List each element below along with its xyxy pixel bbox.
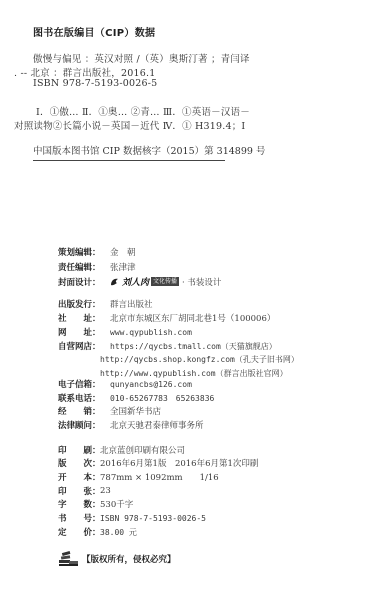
field-label: 印 张： [58, 485, 100, 497]
design-studio-logo: 刘人肉 文化传播 [110, 275, 179, 288]
field-label: 联系电话： [58, 392, 110, 404]
field-format: 开 本： 787mm × 1092mm 1/16 [58, 471, 219, 483]
field-value: 金 朝 [110, 246, 136, 258]
field-cover-design: 封面设计： 刘人肉 文化传播 · 书装设计 [58, 275, 221, 288]
cip-publisher-line: . -- 北京 ：群言出版社，2016.1 [14, 65, 155, 79]
cip-title-line: 傲慢与偏见 ：英汉对照 /（英）奥斯汀著 ；青闫译 [33, 51, 250, 65]
cip-divider [33, 160, 225, 161]
logo-text: 刘人肉 [122, 275, 149, 288]
cip-classification-line-1: Ⅰ．①傲… Ⅱ．①奥… ②青… Ⅲ．①英语－汉语－ [36, 104, 250, 118]
field-value: 张津津 [110, 261, 136, 273]
copyright-notice: 【版权所有，侵权必究】 [58, 551, 176, 567]
field-value: 010-65267783 65263836 [110, 393, 214, 404]
field-label: 社 址： [58, 312, 110, 324]
field-value: 群言出版社 [110, 298, 153, 310]
field-label: 网 址： [58, 326, 110, 338]
field-label: 版 次： [58, 457, 100, 469]
field-value: · 书装设计 [182, 276, 221, 288]
field-address: 社 址： 北京市东城区东厂胡同北巷1号（100006） [58, 312, 275, 324]
field-label: 经 销： [58, 405, 110, 417]
kongfz-shop-link[interactable]: http://qycbs.shop.kongfz.com（孔夫子旧书网） [100, 354, 299, 365]
field-value: ISBN 978-7-5193-0026-5 [100, 514, 206, 523]
website-link[interactable]: www.qypublish.com [110, 328, 192, 337]
field-publisher: 出版发行： 群言出版社 [58, 298, 153, 310]
field-value: 全国新华书店 [110, 405, 161, 417]
field-value: 北京蓝创印刷有限公司 [100, 444, 185, 456]
field-planning-editor: 策划编辑： 金 朝 [58, 246, 136, 258]
field-label: 电子信箱： [58, 378, 110, 390]
field-printer: 印 刷： 北京蓝创印刷有限公司 [58, 444, 185, 456]
field-value: 787mm × 1092mm 1/16 [100, 471, 219, 483]
cip-classification-line-2: 对照读物②长篇小说－英国－近代 Ⅳ．① H319.4；I [14, 118, 245, 132]
field-phone: 联系电话： 010-65267783 65263836 [58, 392, 214, 404]
logo-badge: 文化传播 [151, 277, 179, 286]
field-value: 北京市东城区东厂胡同北巷1号（100006） [110, 312, 275, 324]
field-label: 出版发行： [58, 298, 110, 310]
field-label: 书 号： [58, 512, 100, 524]
field-price: 定 价： 38.00 元 [58, 526, 137, 538]
field-label: 开 本： [58, 471, 100, 483]
field-sheets: 印 张： 23 [58, 485, 111, 497]
field-responsible-editor: 责任编辑： 张津津 [58, 261, 136, 273]
cip-heading: 图书在版编目（CIP）数据 [33, 24, 155, 39]
field-online-shop: 自营网店： https://qycbs.tmall.com（天猫旗舰店） [58, 340, 277, 352]
email-link[interactable]: qunyancbs@126.com [110, 380, 192, 389]
field-label: 定 价： [58, 526, 100, 538]
copyright-text: 【版权所有，侵权必究】 [82, 553, 176, 565]
field-value: 38.00 元 [100, 527, 137, 538]
field-value: 23 [100, 486, 111, 496]
field-legal-advisor: 法律顾问： 北京天驰君泰律师事务所 [58, 419, 204, 431]
field-word-count: 字 数： 530千字 [58, 498, 133, 510]
cip-record-number: 中国版本图书馆 CIP 数据核字（2015）第 314899 号 [33, 143, 265, 157]
field-email: 电子信箱： qunyancbs@126.com [58, 378, 192, 390]
field-label: 印 刷： [58, 444, 100, 456]
field-value: 2016年6月第1版 2016年6月第1次印刷 [100, 457, 258, 469]
field-label: 责任编辑： [58, 261, 110, 273]
field-label: 法律顾问： [58, 419, 110, 431]
logo-swirl-icon [110, 277, 120, 287]
field-value: 北京天驰君泰律师事务所 [110, 419, 204, 431]
field-label: 策划编辑： [58, 246, 110, 258]
field-value: 530千字 [100, 498, 133, 510]
book-stack-icon [58, 551, 80, 567]
field-website: 网 址： www.qypublish.com [58, 326, 192, 338]
cip-isbn-line: ISBN 978-7-5193-0026-5 [33, 78, 157, 89]
field-isbn: 书 号： ISBN 978-7-5193-0026-5 [58, 512, 206, 524]
field-edition: 版 次： 2016年6月第1版 2016年6月第1次印刷 [58, 457, 258, 469]
tmall-shop-link[interactable]: https://qycbs.tmall.com（天猫旗舰店） [110, 341, 277, 352]
field-distributor: 经 销： 全国新华书店 [58, 405, 161, 417]
field-label: 封面设计： [58, 276, 110, 288]
field-label: 字 数： [58, 498, 100, 510]
field-label: 自营网店： [58, 340, 110, 352]
